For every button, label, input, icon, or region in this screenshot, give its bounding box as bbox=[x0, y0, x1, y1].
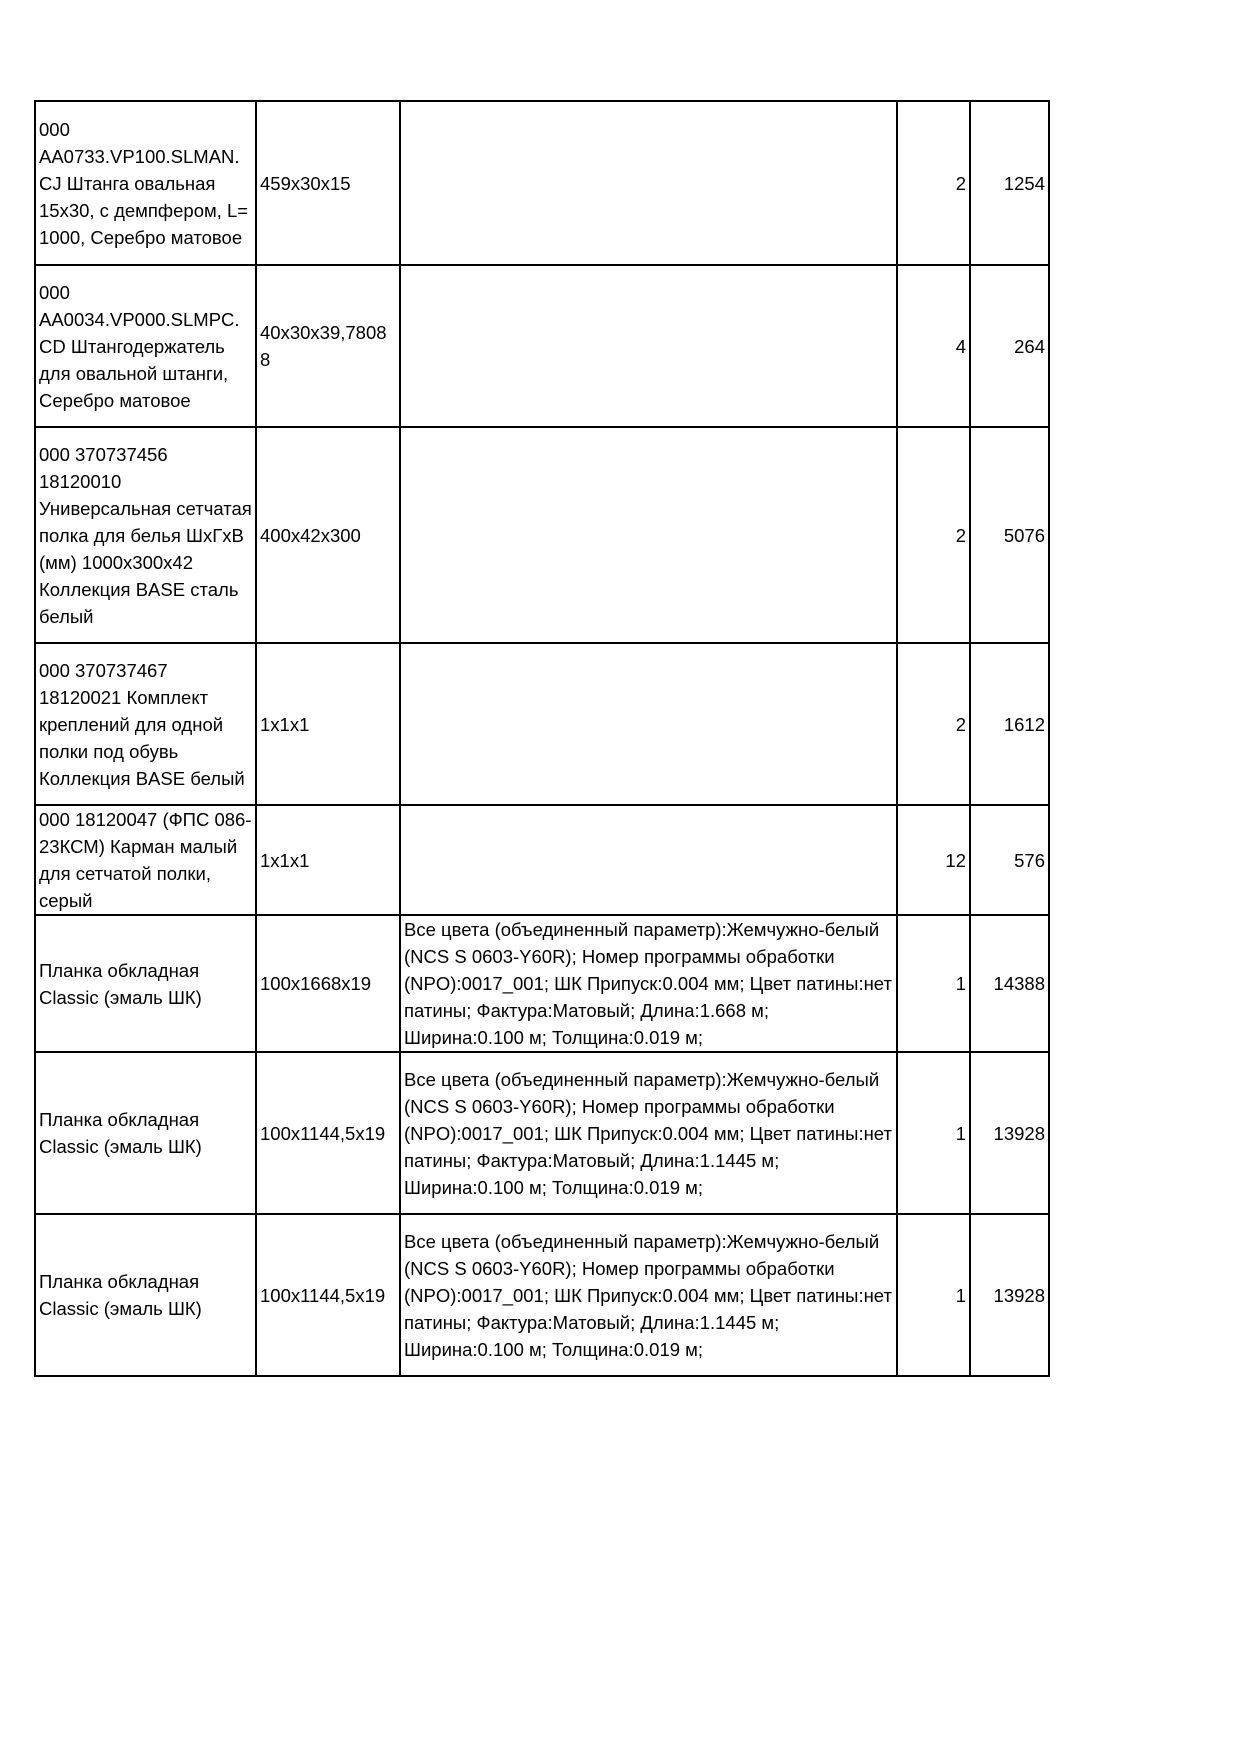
item-params: Все цвета (объединенный параметр):Жемчуж… bbox=[400, 1214, 897, 1376]
item-params: Все цвета (объединенный параметр):Жемчуж… bbox=[400, 915, 897, 1052]
item-price: 13928 bbox=[970, 1052, 1049, 1214]
item-qty: 2 bbox=[897, 101, 970, 265]
item-qty: 2 bbox=[897, 643, 970, 805]
item-params bbox=[400, 101, 897, 265]
item-name: Планка обкладная Classic (эмаль ШК) bbox=[35, 915, 256, 1052]
item-price: 264 bbox=[970, 265, 1049, 427]
item-name: 000 370737456 18120010 Универсальная сет… bbox=[35, 427, 256, 643]
item-qty: 12 bbox=[897, 805, 970, 915]
item-price: 13928 bbox=[970, 1214, 1049, 1376]
item-name: 000 18120047 (ФПС 086-23КСМ) Карман малы… bbox=[35, 805, 256, 915]
item-size: 100x1668x19 bbox=[256, 915, 400, 1052]
item-params bbox=[400, 805, 897, 915]
table-row: Планка обкладная Classic (эмаль ШК) 100x… bbox=[35, 1052, 1049, 1214]
item-size: 400x42x300 bbox=[256, 427, 400, 643]
item-size: 40x30x39,78088 bbox=[256, 265, 400, 427]
item-name: Планка обкладная Classic (эмаль ШК) bbox=[35, 1214, 256, 1376]
item-qty: 1 bbox=[897, 915, 970, 1052]
item-size: 100x1144,5x19 bbox=[256, 1052, 400, 1214]
item-price: 5076 bbox=[970, 427, 1049, 643]
table-row: 000 18120047 (ФПС 086-23КСМ) Карман малы… bbox=[35, 805, 1049, 915]
item-price: 1612 bbox=[970, 643, 1049, 805]
table-row: Планка обкладная Classic (эмаль ШК) 100x… bbox=[35, 915, 1049, 1052]
item-price: 14388 bbox=[970, 915, 1049, 1052]
item-qty: 2 bbox=[897, 427, 970, 643]
table-row: 000 370737456 18120010 Универсальная сет… bbox=[35, 427, 1049, 643]
table-row: 000 AA0034.VP000.SLMPC.CD Штангодержател… bbox=[35, 265, 1049, 427]
table-row: Планка обкладная Classic (эмаль ШК) 100x… bbox=[35, 1214, 1049, 1376]
item-name: 000 AA0733.VP100.SLMAN.CJ Штанга овальна… bbox=[35, 101, 256, 265]
item-qty: 1 bbox=[897, 1214, 970, 1376]
item-params: Все цвета (объединенный параметр):Жемчуж… bbox=[400, 1052, 897, 1214]
item-price: 1254 bbox=[970, 101, 1049, 265]
item-params bbox=[400, 643, 897, 805]
table-row: 000 AA0733.VP100.SLMAN.CJ Штанга овальна… bbox=[35, 101, 1049, 265]
item-name: 000 370737467 18120021 Комплект креплени… bbox=[35, 643, 256, 805]
item-params bbox=[400, 265, 897, 427]
item-name: Планка обкладная Classic (эмаль ШК) bbox=[35, 1052, 256, 1214]
item-name: 000 AA0034.VP000.SLMPC.CD Штангодержател… bbox=[35, 265, 256, 427]
item-size: 1x1x1 bbox=[256, 643, 400, 805]
item-params bbox=[400, 427, 897, 643]
item-qty: 1 bbox=[897, 1052, 970, 1214]
item-qty: 4 bbox=[897, 265, 970, 427]
item-size: 100x1144,5x19 bbox=[256, 1214, 400, 1376]
item-price: 576 bbox=[970, 805, 1049, 915]
specification-table: 000 AA0733.VP100.SLMAN.CJ Штанга овальна… bbox=[34, 100, 1050, 1377]
item-size: 1x1x1 bbox=[256, 805, 400, 915]
item-size: 459x30x15 bbox=[256, 101, 400, 265]
table-row: 000 370737467 18120021 Комплект креплени… bbox=[35, 643, 1049, 805]
